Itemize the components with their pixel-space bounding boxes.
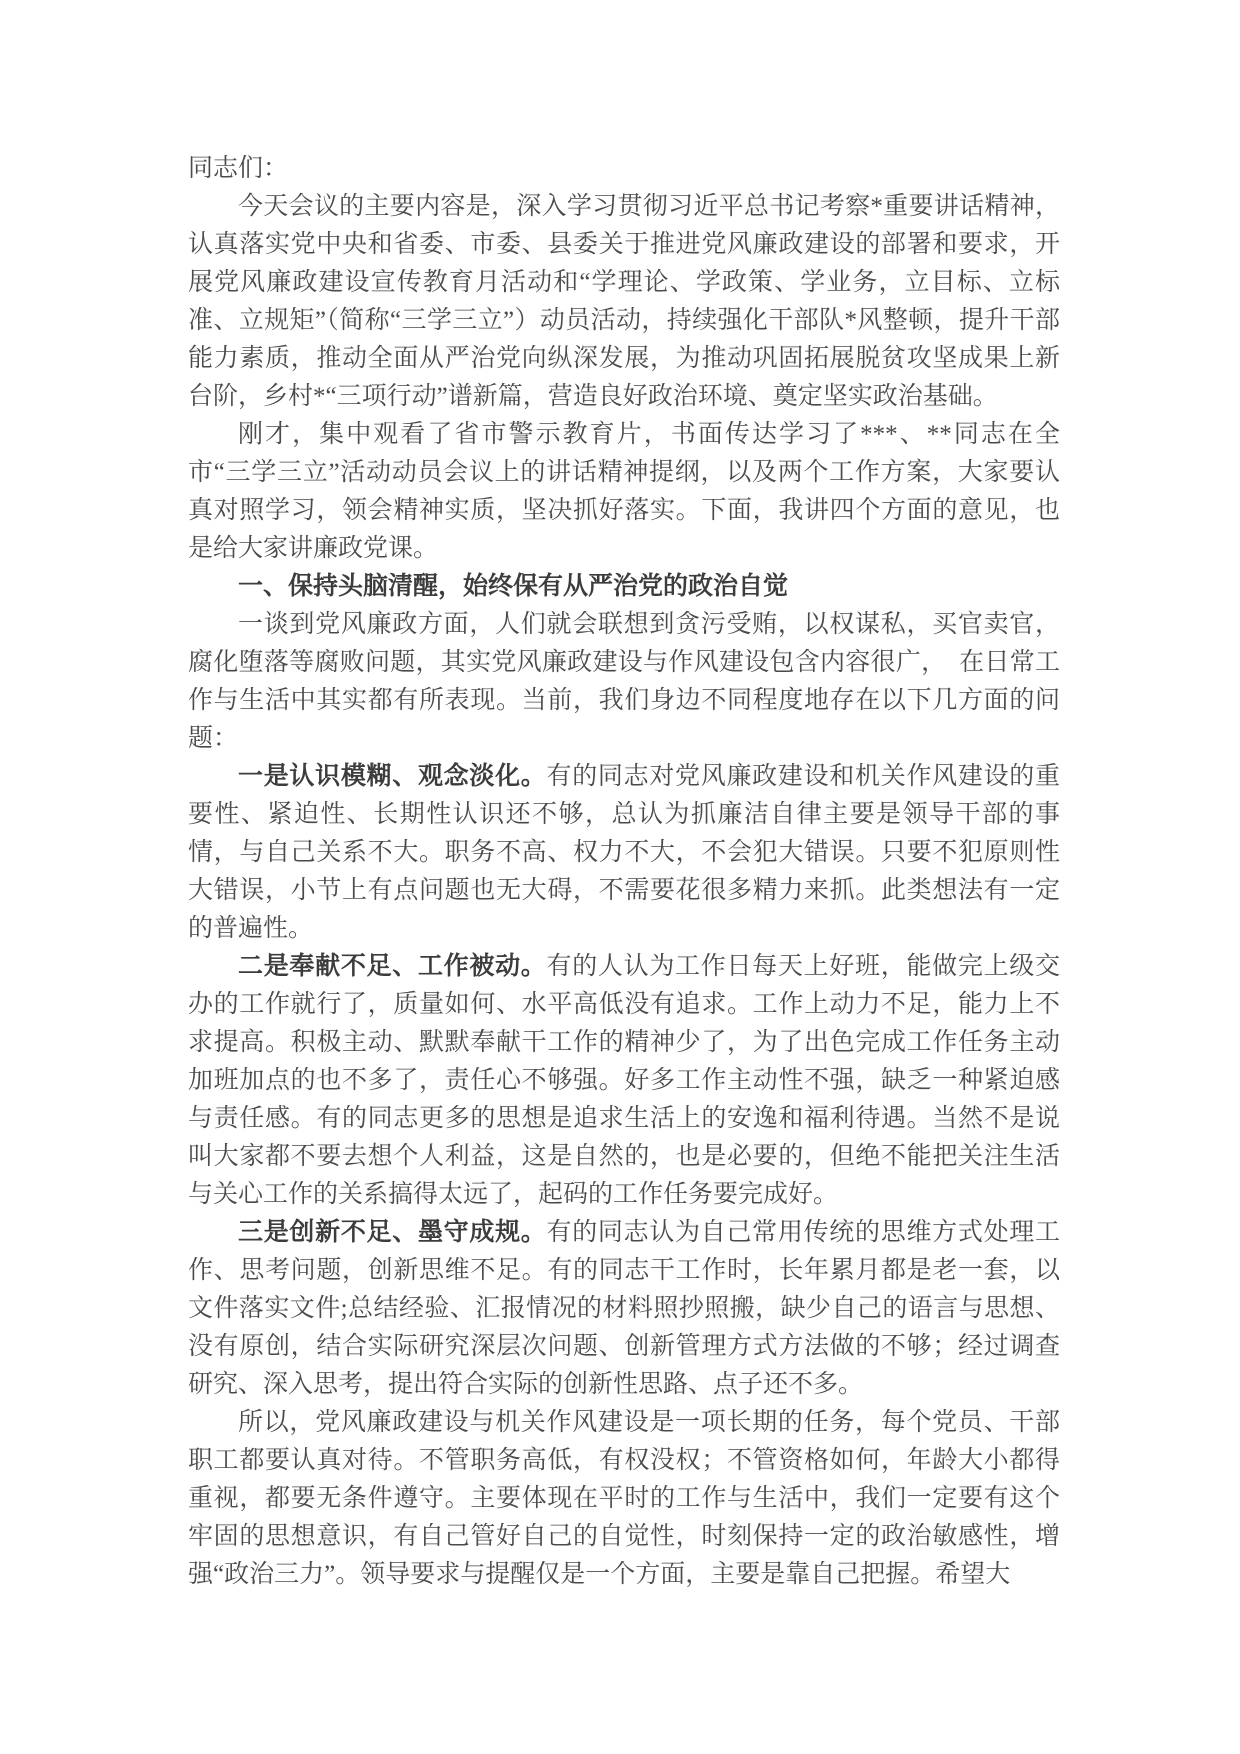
- closing-paragraph: 所以，党风廉政建设与机关作风建设是一项长期的任务，每个党员、干部职工都要认真对待…: [188, 1404, 1060, 1594]
- point-2-lead: 二是奉献不足、工作被动。: [238, 953, 547, 980]
- point-paragraph-1: 一是认识模糊、观念淡化。有的同志对党风廉政建设和机关作风建设的重要性、紧迫性、长…: [188, 758, 1060, 948]
- point-paragraph-2: 二是奉献不足、工作被动。有的人认为工作日每天上好班，能做完上级交办的工作就行了，…: [188, 948, 1060, 1214]
- point-3-lead: 三是创新不足、墨守成规。: [238, 1219, 547, 1246]
- point-1-lead: 一是认识模糊、观念淡化。: [238, 763, 547, 790]
- point-2-text: 有的人认为工作日每天上好班，能做完上级交办的工作就行了，质量如何、水平高低没有追…: [188, 953, 1060, 1208]
- intro-paragraph-2: 刚才，集中观看了省市警示教育片，书面传达学习了***、**同志在全市“三学三立”…: [188, 416, 1060, 568]
- salutation: 同志们：: [188, 150, 1060, 188]
- document-page: 同志们： 今天会议的主要内容是，深入学习贯彻习近平总书记考察*重要讲话精神，认真…: [0, 0, 1240, 1754]
- point-paragraph-3: 三是创新不足、墨守成规。有的同志认为自己常用传统的思维方式处理工作、思考问题，创…: [188, 1214, 1060, 1404]
- section-heading: 一、保持头脑清醒，始终保有从严治党的政治自觉: [188, 568, 1060, 606]
- section-intro-paragraph: 一谈到党风廉政方面，人们就会联想到贪污受贿，以权谋私，买官卖官，腐化堕落等腐败问…: [188, 606, 1060, 758]
- intro-paragraph-1: 今天会议的主要内容是，深入学习贯彻习近平总书记考察*重要讲话精神，认真落实党中央…: [188, 188, 1060, 416]
